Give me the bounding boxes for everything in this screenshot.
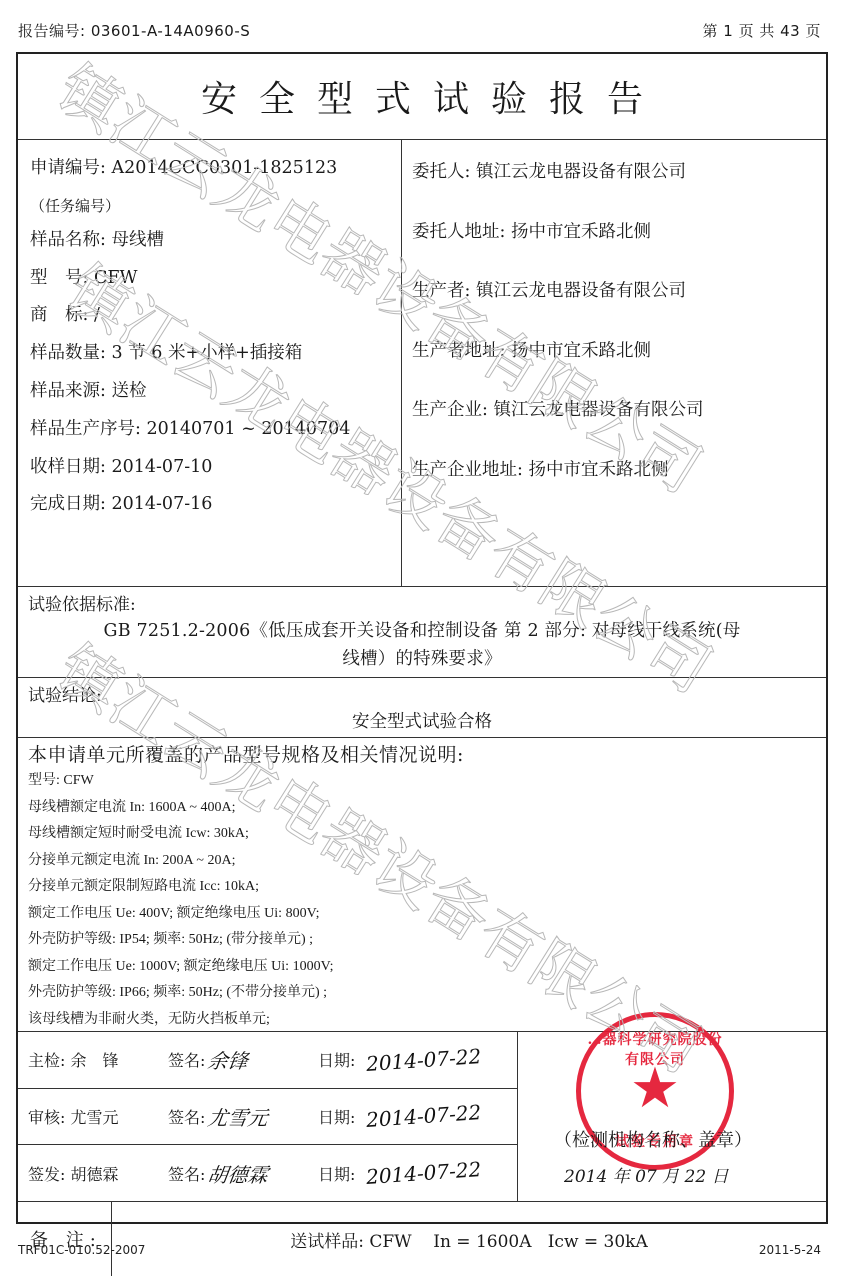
receive-date: 收样日期: 2014-07-10 bbox=[30, 457, 401, 495]
remark-text: 送试样品: CFW In = 1600A Icw = 30kA bbox=[112, 1202, 826, 1276]
handwritten-signature: 余锋 bbox=[206, 1045, 320, 1074]
product-spec-section: 本申请单元所覆盖的产品型号规格及相关情况说明: 型号: CFW 母线槽额定电流 … bbox=[18, 738, 826, 1032]
seal-star-icon: ★ bbox=[630, 1061, 680, 1117]
approver-row: 签发: 胡德霖 签名: 胡德霖 日期: 2014-07-22 bbox=[18, 1145, 517, 1202]
test-standard-section: 试验依据标准: GB 7251.2-2006《低压成套开关设备和控制设备 第 2… bbox=[18, 587, 826, 678]
spec-line: 母线槽额定短时耐受电流 Icw: 30kA; bbox=[28, 821, 816, 848]
spec-heading: 本申请单元所覆盖的产品型号规格及相关情况说明: bbox=[28, 742, 816, 768]
spec-line: 型号: CFW bbox=[28, 768, 816, 795]
production-serial: 样品生产序号: 20140701 ~ 20140704 bbox=[30, 419, 401, 457]
remark-section: 备 注: 送试样品: CFW In = 1600A Icw = 30kA bbox=[18, 1202, 826, 1276]
report-form: 安全型式试验报告 申请编号: A2014CCC0301-1825123 （任务编… bbox=[16, 52, 828, 1224]
page-info: 第 1 页 共 43 页 bbox=[703, 20, 821, 41]
applicant: 委托人: 镇江云龙电器设备有限公司 bbox=[412, 162, 826, 222]
conclusion-label: 试验结论: bbox=[28, 684, 816, 708]
seal-date: 2014 年 07 月 22 日 bbox=[564, 1162, 729, 1187]
remark-label: 备 注: bbox=[18, 1202, 112, 1276]
spec-line: 分接单元额定电流 In: 200A ~ 20A; bbox=[28, 848, 816, 875]
task-number-note: （任务编号） bbox=[30, 196, 401, 230]
spec-line: 额定工作电压 Ue: 400V; 额定绝缘电压 Ui: 800V; bbox=[28, 901, 816, 928]
form-code: TRF01C-010.52-2007 bbox=[18, 1243, 145, 1257]
test-standard-line2: 线槽）的特殊要求》 bbox=[28, 645, 816, 673]
handwritten-date: 2014-07-22 bbox=[365, 1044, 482, 1076]
manufacturer: 生产者: 镇江云龙电器设备有限公司 bbox=[412, 281, 826, 341]
factory-address: 生产企业地址: 扬中市宜禾路北侧 bbox=[412, 460, 826, 520]
application-number: 申请编号: A2014CCC0301-1825123 bbox=[30, 158, 401, 196]
manufacturer-address: 生产者地址: 扬中市宜禾路北侧 bbox=[412, 341, 826, 401]
completion-date: 完成日期: 2014-07-16 bbox=[30, 494, 401, 532]
handwritten-signature: 尤雪元 bbox=[206, 1102, 320, 1131]
date-label: 日期: bbox=[318, 1105, 366, 1128]
applicant-info-right: 委托人: 镇江云龙电器设备有限公司 委托人地址: 扬中市宜禾路北侧 生产者: 镇… bbox=[402, 140, 826, 586]
reviewer-row: 审核: 尤雪元 签名: 尤雪元 日期: 2014-07-22 bbox=[18, 1089, 517, 1146]
reviewer-name: 审核: 尤雪元 bbox=[28, 1105, 168, 1128]
report-title: 安全型式试验报告 bbox=[179, 71, 665, 122]
spec-line: 母线槽额定电流 In: 1600A ~ 400A; bbox=[28, 795, 816, 822]
sign-label: 签名: bbox=[168, 1105, 208, 1128]
form-date: 2011-5-24 bbox=[759, 1243, 821, 1257]
report-number: 报告编号: 03601-A-14A0960-S bbox=[18, 20, 250, 41]
trademark: 商 标: / bbox=[30, 305, 401, 343]
test-standard-label: 试验依据标准: bbox=[28, 593, 816, 617]
sample-source: 样品来源: 送检 bbox=[30, 381, 401, 419]
spec-line: 额定工作电压 Ue: 1000V; 额定绝缘电压 Ui: 1000V; bbox=[28, 954, 816, 981]
handwritten-date: 2014-07-22 bbox=[365, 1157, 482, 1189]
signature-rows: 主检: 余 锋 签名: 余锋 日期: 2014-07-22 审核: 尤雪元 签名… bbox=[18, 1032, 518, 1201]
spec-line: 外壳防护等级: IP54; 频率: 50Hz; (带分接单元) ; bbox=[28, 927, 816, 954]
title-row: 安全型式试验报告 bbox=[18, 54, 826, 140]
handwritten-signature: 胡德霖 bbox=[206, 1159, 320, 1188]
handwritten-date: 2014-07-22 bbox=[365, 1100, 482, 1132]
approver-name: 签发: 胡德霖 bbox=[28, 1162, 168, 1185]
date-label: 日期: bbox=[318, 1162, 366, 1185]
model: 型 号: CFW bbox=[30, 268, 401, 306]
sample-quantity: 样品数量: 3 节 6 米+小样+插接箱 bbox=[30, 343, 401, 381]
sign-label: 签名: bbox=[168, 1048, 208, 1071]
date-label: 日期: bbox=[318, 1048, 366, 1071]
factory: 生产企业: 镇江云龙电器设备有限公司 bbox=[412, 400, 826, 460]
sample-info-left: 申请编号: A2014CCC0301-1825123 （任务编号） 样品名称: … bbox=[18, 140, 402, 586]
stamp-area: …器科学研究院股份有限公司 ★ 试验专用章 （检测机构名称、盖章） 2014 年… bbox=[518, 1032, 826, 1201]
sample-name: 样品名称: 母线槽 bbox=[30, 230, 401, 268]
inspector-row: 主检: 余 锋 签名: 余锋 日期: 2014-07-22 bbox=[18, 1032, 517, 1089]
test-standard-line1: GB 7251.2-2006《低压成套开关设备和控制设备 第 2 部分: 对母线… bbox=[28, 617, 816, 645]
spec-line: 分接单元额定限制短路电流 Icc: 10kA; bbox=[28, 874, 816, 901]
conclusion-section: 试验结论: 安全型式试验合格 bbox=[18, 678, 826, 738]
inspector-name: 主检: 余 锋 bbox=[28, 1048, 168, 1071]
spec-line: 外壳防护等级: IP66; 频率: 50Hz; (不带分接单元) ; bbox=[28, 980, 816, 1007]
sign-label: 签名: bbox=[168, 1162, 208, 1185]
signature-section: 主检: 余 锋 签名: 余锋 日期: 2014-07-22 审核: 尤雪元 签名… bbox=[18, 1032, 826, 1202]
testing-org-label: （检测机构名称、盖章） bbox=[554, 1126, 752, 1152]
conclusion-text: 安全型式试验合格 bbox=[28, 708, 816, 736]
applicant-address: 委托人地址: 扬中市宜禾路北侧 bbox=[412, 222, 826, 282]
sample-info-section: 申请编号: A2014CCC0301-1825123 （任务编号） 样品名称: … bbox=[18, 140, 826, 587]
